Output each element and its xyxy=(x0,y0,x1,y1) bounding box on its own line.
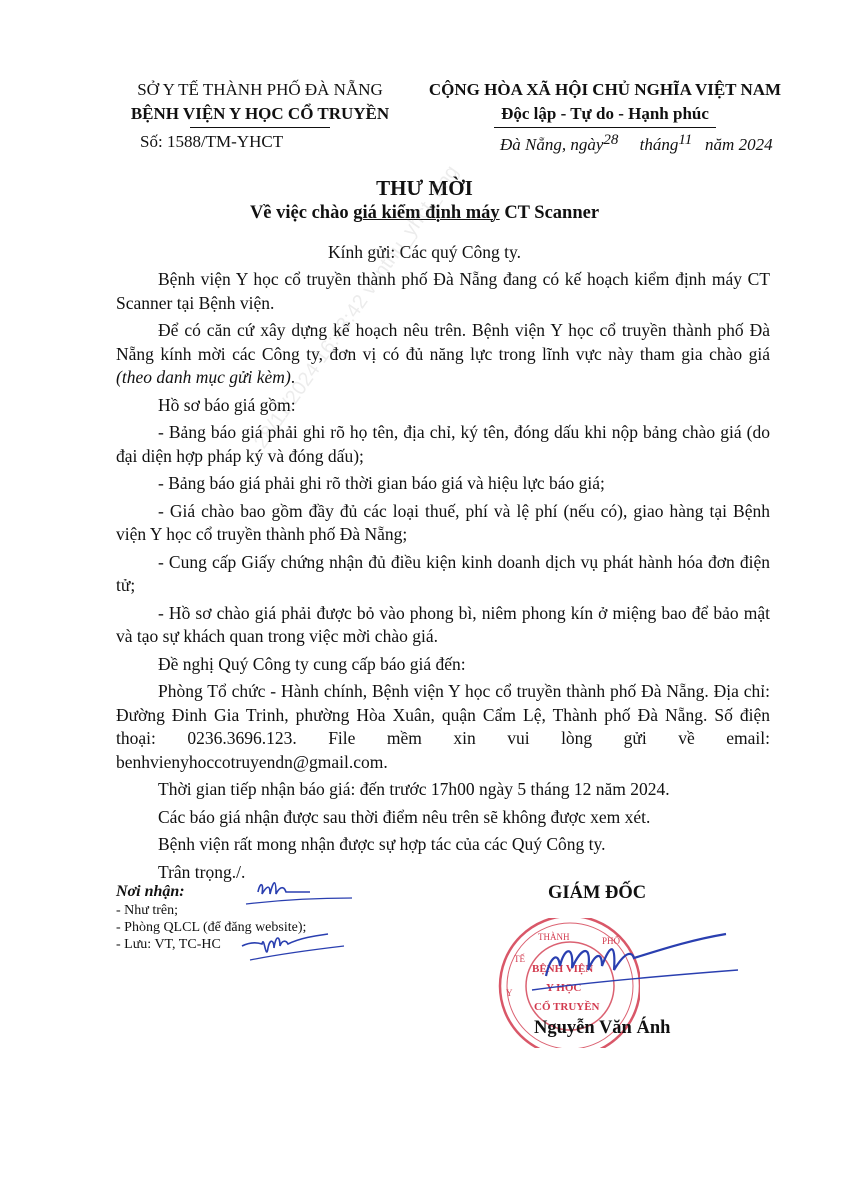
paragraph: Các báo giá nhận được sau thời điểm nêu … xyxy=(116,806,770,830)
paragraph: Thời gian tiếp nhận báo giá: đến trước 1… xyxy=(116,778,770,802)
date-year: năm 2024 xyxy=(705,135,773,154)
paragraph: Hồ sơ báo giá gồm: xyxy=(116,394,770,418)
date-month: 11 xyxy=(678,132,692,148)
recipients-label: Nơi nhận: xyxy=(116,882,306,902)
signer-position: GIÁM ĐỐC xyxy=(548,883,646,904)
recipient-item: - Lưu: VT, TC-HC xyxy=(116,936,306,953)
list-item: - Bảng báo giá phải ghi rõ họ tên, địa c… xyxy=(116,421,770,468)
subtitle-prefix: Về việc chào xyxy=(250,203,353,223)
paragraph: Phòng Tổ chức - Hành chính, Bệnh viện Y … xyxy=(116,680,770,774)
date-month-label: tháng xyxy=(640,135,679,154)
paragraph-text: Để có căn cứ xây dựng kế hoạch nêu trên.… xyxy=(116,320,770,364)
recipients-block: Nơi nhận: - Như trên; - Phòng QLCL (để đ… xyxy=(116,882,306,953)
stamp-line-2: Y HỌC xyxy=(546,982,581,994)
doc-number-suffix: /TM-YHCT xyxy=(201,132,283,151)
date-place: Đà Nẵng, ngày xyxy=(500,135,603,154)
doc-number-value: 1588 xyxy=(167,132,201,151)
nation-title: CỘNG HÒA XÃ HỘI CHỦ NGHĨA VIỆT NAM xyxy=(410,78,800,102)
date-day: 28 xyxy=(603,132,618,148)
paragraph: Để có căn cứ xây dựng kế hoạch nêu trên.… xyxy=(116,319,770,390)
svg-text:THÀNH: THÀNH xyxy=(538,932,570,942)
letter-body: Bệnh viện Y học cổ truyền thành phố Đà N… xyxy=(116,268,770,888)
organization-underline xyxy=(190,127,330,128)
motto: Độc lập - Tự do - Hạnh phúc xyxy=(410,102,800,126)
doc-number-label: Số: xyxy=(140,132,163,151)
list-item: - Giá chào bao gồm đầy đủ các loại thuế,… xyxy=(116,500,770,547)
stamp-line-1: BỆNH VIỆN xyxy=(532,962,593,975)
svg-text:PHỐ: PHỐ xyxy=(602,936,621,946)
recipient-item: - Như trên; xyxy=(116,902,306,919)
agency-name: SỞ Y TẾ THÀNH PHỐ ĐÀ NẴNG xyxy=(100,78,420,102)
motto-underline xyxy=(494,127,716,128)
list-item: - Hồ sơ chào giá phải được bỏ vào phong … xyxy=(116,602,770,649)
doc-number: Số: 1588/TM-YHCT xyxy=(140,132,283,152)
organization-name: BỆNH VIỆN Y HỌC CỔ TRUYỀN xyxy=(100,102,420,126)
paragraph: Đề nghị Quý Công ty cung cấp báo giá đến… xyxy=(116,653,770,677)
list-item: - Bảng báo giá phải ghi rõ thời gian báo… xyxy=(116,472,770,496)
svg-text:TẾ: TẾ xyxy=(514,954,525,964)
svg-text:Y: Y xyxy=(506,988,513,998)
signer-name: Nguyễn Văn Ánh xyxy=(534,1018,670,1039)
header-right: CỘNG HÒA XÃ HỘI CHỦ NGHĨA VIỆT NAM Độc l… xyxy=(410,78,800,128)
paragraph-italic: (theo danh mục gửi kèm) xyxy=(116,367,291,387)
subtitle-suffix: CT Scanner xyxy=(500,203,599,223)
issue-date: Đà Nẵng, ngày28 tháng11 năm 2024 xyxy=(500,132,773,155)
paragraph: Trân trọng./. xyxy=(116,861,770,885)
stamp-line-3: CỔ TRUYỀN xyxy=(534,1000,600,1013)
list-item: - Cung cấp Giấy chứng nhận đủ điều kiện … xyxy=(116,551,770,598)
paragraph-end: . xyxy=(291,367,295,387)
paragraph: Bệnh viện Y học cổ truyền thành phố Đà N… xyxy=(116,268,770,315)
header-left: SỞ Y TẾ THÀNH PHỐ ĐÀ NẴNG BỆNH VIỆN Y HỌ… xyxy=(100,78,420,128)
paragraph: Bệnh viện rất mong nhận được sự hợp tác … xyxy=(116,833,770,857)
salutation: Kính gửi: Các quý Công ty. xyxy=(0,242,849,263)
recipient-item: - Phòng QLCL (để đăng website); xyxy=(116,919,306,936)
